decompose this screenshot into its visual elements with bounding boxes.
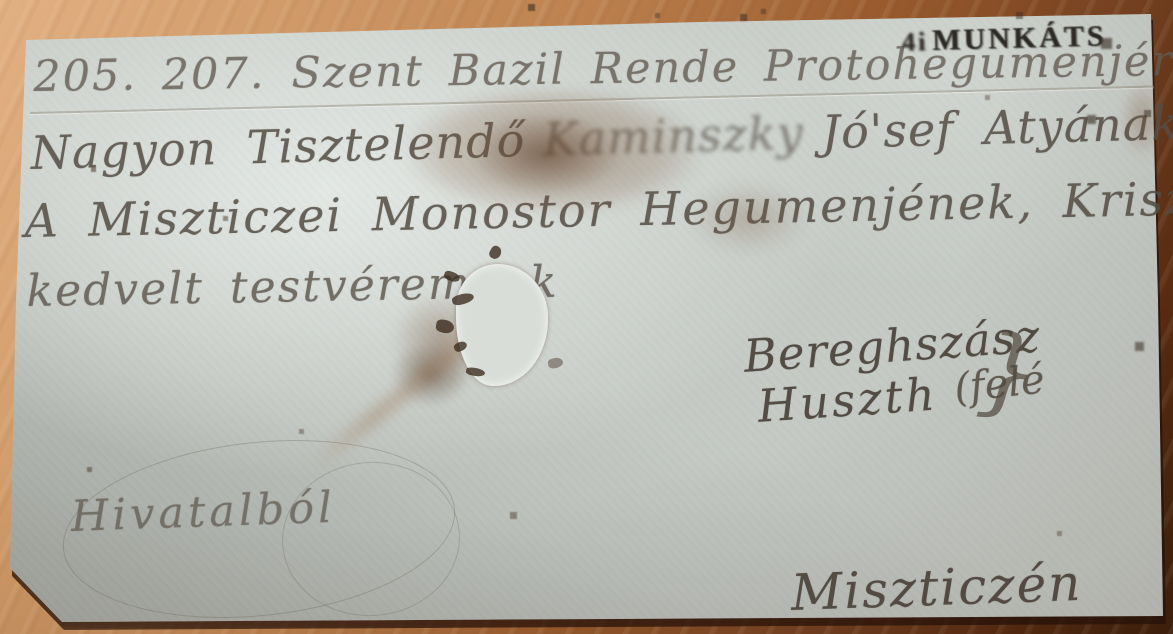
paper-tear-hole — [398, 240, 613, 405]
postmark-prefix: 4i — [902, 27, 929, 57]
tear-dark-edge — [487, 244, 503, 261]
reference-numbers: 205. 207. — [33, 49, 266, 102]
tear-dark-edge — [443, 270, 461, 284]
tear-dark-edge — [547, 357, 564, 370]
tear-dark-edge — [435, 319, 455, 335]
photo-of-postal-cover: 205. 207.Szent Bazil Rende Protohegumenj… — [0, 0, 1173, 634]
office-note: Hivatalból — [70, 483, 337, 542]
routing-direction-note: (felé — [952, 357, 1047, 412]
postmark-town: MUNKÁTS — [932, 19, 1107, 57]
destination-note: Miszticzén — [790, 554, 1083, 622]
address-given-name: Jó'sef Atyának — [821, 96, 1173, 159]
address-surname-stained: Kaminszky — [543, 106, 805, 167]
postmark-stamp: 4iMUNKÁTS — [902, 19, 1107, 58]
paper-specks — [0, 0, 3, 3]
